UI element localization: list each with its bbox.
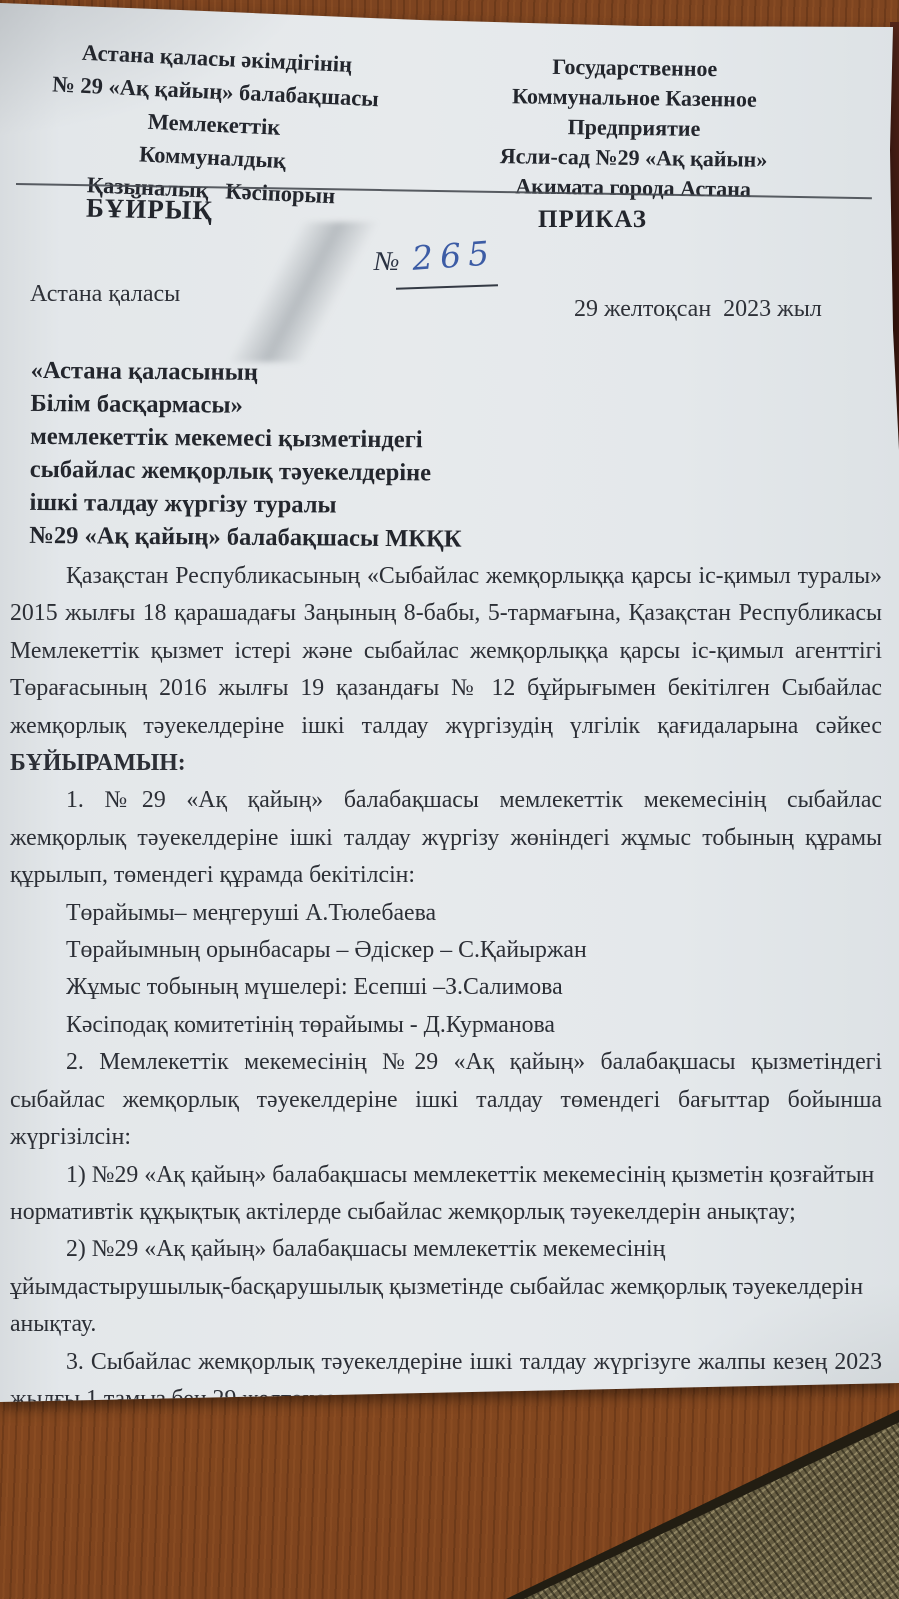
subject-line: №29 «Ақ қайың» балабақшасы МКҚК	[29, 519, 507, 556]
paper-wrap: Астана қаласы әкімдігінің № 29 «Ақ қайың…	[0, 0, 899, 1599]
preamble-paragraph: Қазақстан Республикасының «Сыбайлас жемқ…	[10, 558, 882, 782]
order-document: Астана қаласы әкімдігінің № 29 «Ақ қайың…	[0, 0, 899, 1408]
subject-line: ішкі талдау жүргізу туралы	[29, 486, 507, 523]
doc-type-kazakh: БҰЙРЫҚ	[86, 193, 214, 227]
document-photo: Астана қаласы әкімдігінің № 29 «Ақ қайың…	[0, 0, 899, 1599]
paper-sheet: Астана қаласы әкімдігінің № 29 «Ақ қайың…	[0, 0, 899, 1408]
order-number-underline	[396, 284, 498, 290]
order-body: Қазақстан Республикасының «Сыбайлас жемқ…	[10, 558, 882, 1531]
member-line: Жұмыс тобының мүшелері: Есепші –З.Салимо…	[10, 969, 882, 1006]
member-line: Кәсіподақ комитетінің төрайымы - Д.Курма…	[10, 1007, 882, 1044]
paragraph-item-1: 1. №29 «Ақ қайың» балабақшасы мемлекетті…	[10, 782, 882, 894]
member-line: Төрайымы– меңгеруші А.Тюлебаева	[10, 895, 882, 932]
subject-line: «Астана қаласының	[31, 354, 509, 391]
member-line: Төрайымның орынбасары – Әдіскер – С.Қайы…	[10, 932, 882, 969]
preamble-text: Қазақстан Республикасының «Сыбайлас жемқ…	[10, 563, 882, 739]
subject-line: мемлекеттік мекемесі қызметіндегі	[30, 420, 508, 457]
subject-line: Білім басқармасы»	[30, 387, 508, 424]
issue-place: Астана қаласы	[30, 281, 180, 308]
doc-type-russian: ПРИКАЗ	[538, 206, 647, 234]
org-name-russian: Государственное Коммунальное Казенное Пр…	[431, 50, 837, 206]
order-subject: «Астана қаласының Білім басқармасы» мемл…	[29, 354, 509, 556]
org-line: Акимата города Астана	[431, 170, 835, 206]
paragraph-item-4: 4. Жұмыс тобы:	[10, 1418, 882, 1455]
subitem-1: 1) №29 «Ақ қайың» балабақшасы мемлекетті…	[10, 1157, 882, 1232]
subitem-1-of-4: 1) талдамалық анықтаманы келісу және оға…	[10, 1456, 882, 1531]
paragraph-item-2: 2. Мемлекеттік мекемесінің №29 «Ақ қайың…	[10, 1044, 882, 1156]
subject-line: сыбайлас жемқорлық тәуекелдеріне	[30, 453, 508, 490]
order-number-handwritten: 265	[411, 233, 498, 278]
issue-date: 29 желтоқсан 2023 жыл	[574, 296, 822, 323]
paragraph-item-3: 3. Сыбайлас жемқорлық тәуекелдеріне ішкі…	[10, 1344, 882, 1419]
order-verb: БҰЙЫРАМЫН:	[10, 750, 186, 776]
order-number-label: №	[374, 246, 399, 277]
subitem-2: 2) №29 «Ақ қайың» балабақшасы мемлекетті…	[10, 1231, 882, 1343]
